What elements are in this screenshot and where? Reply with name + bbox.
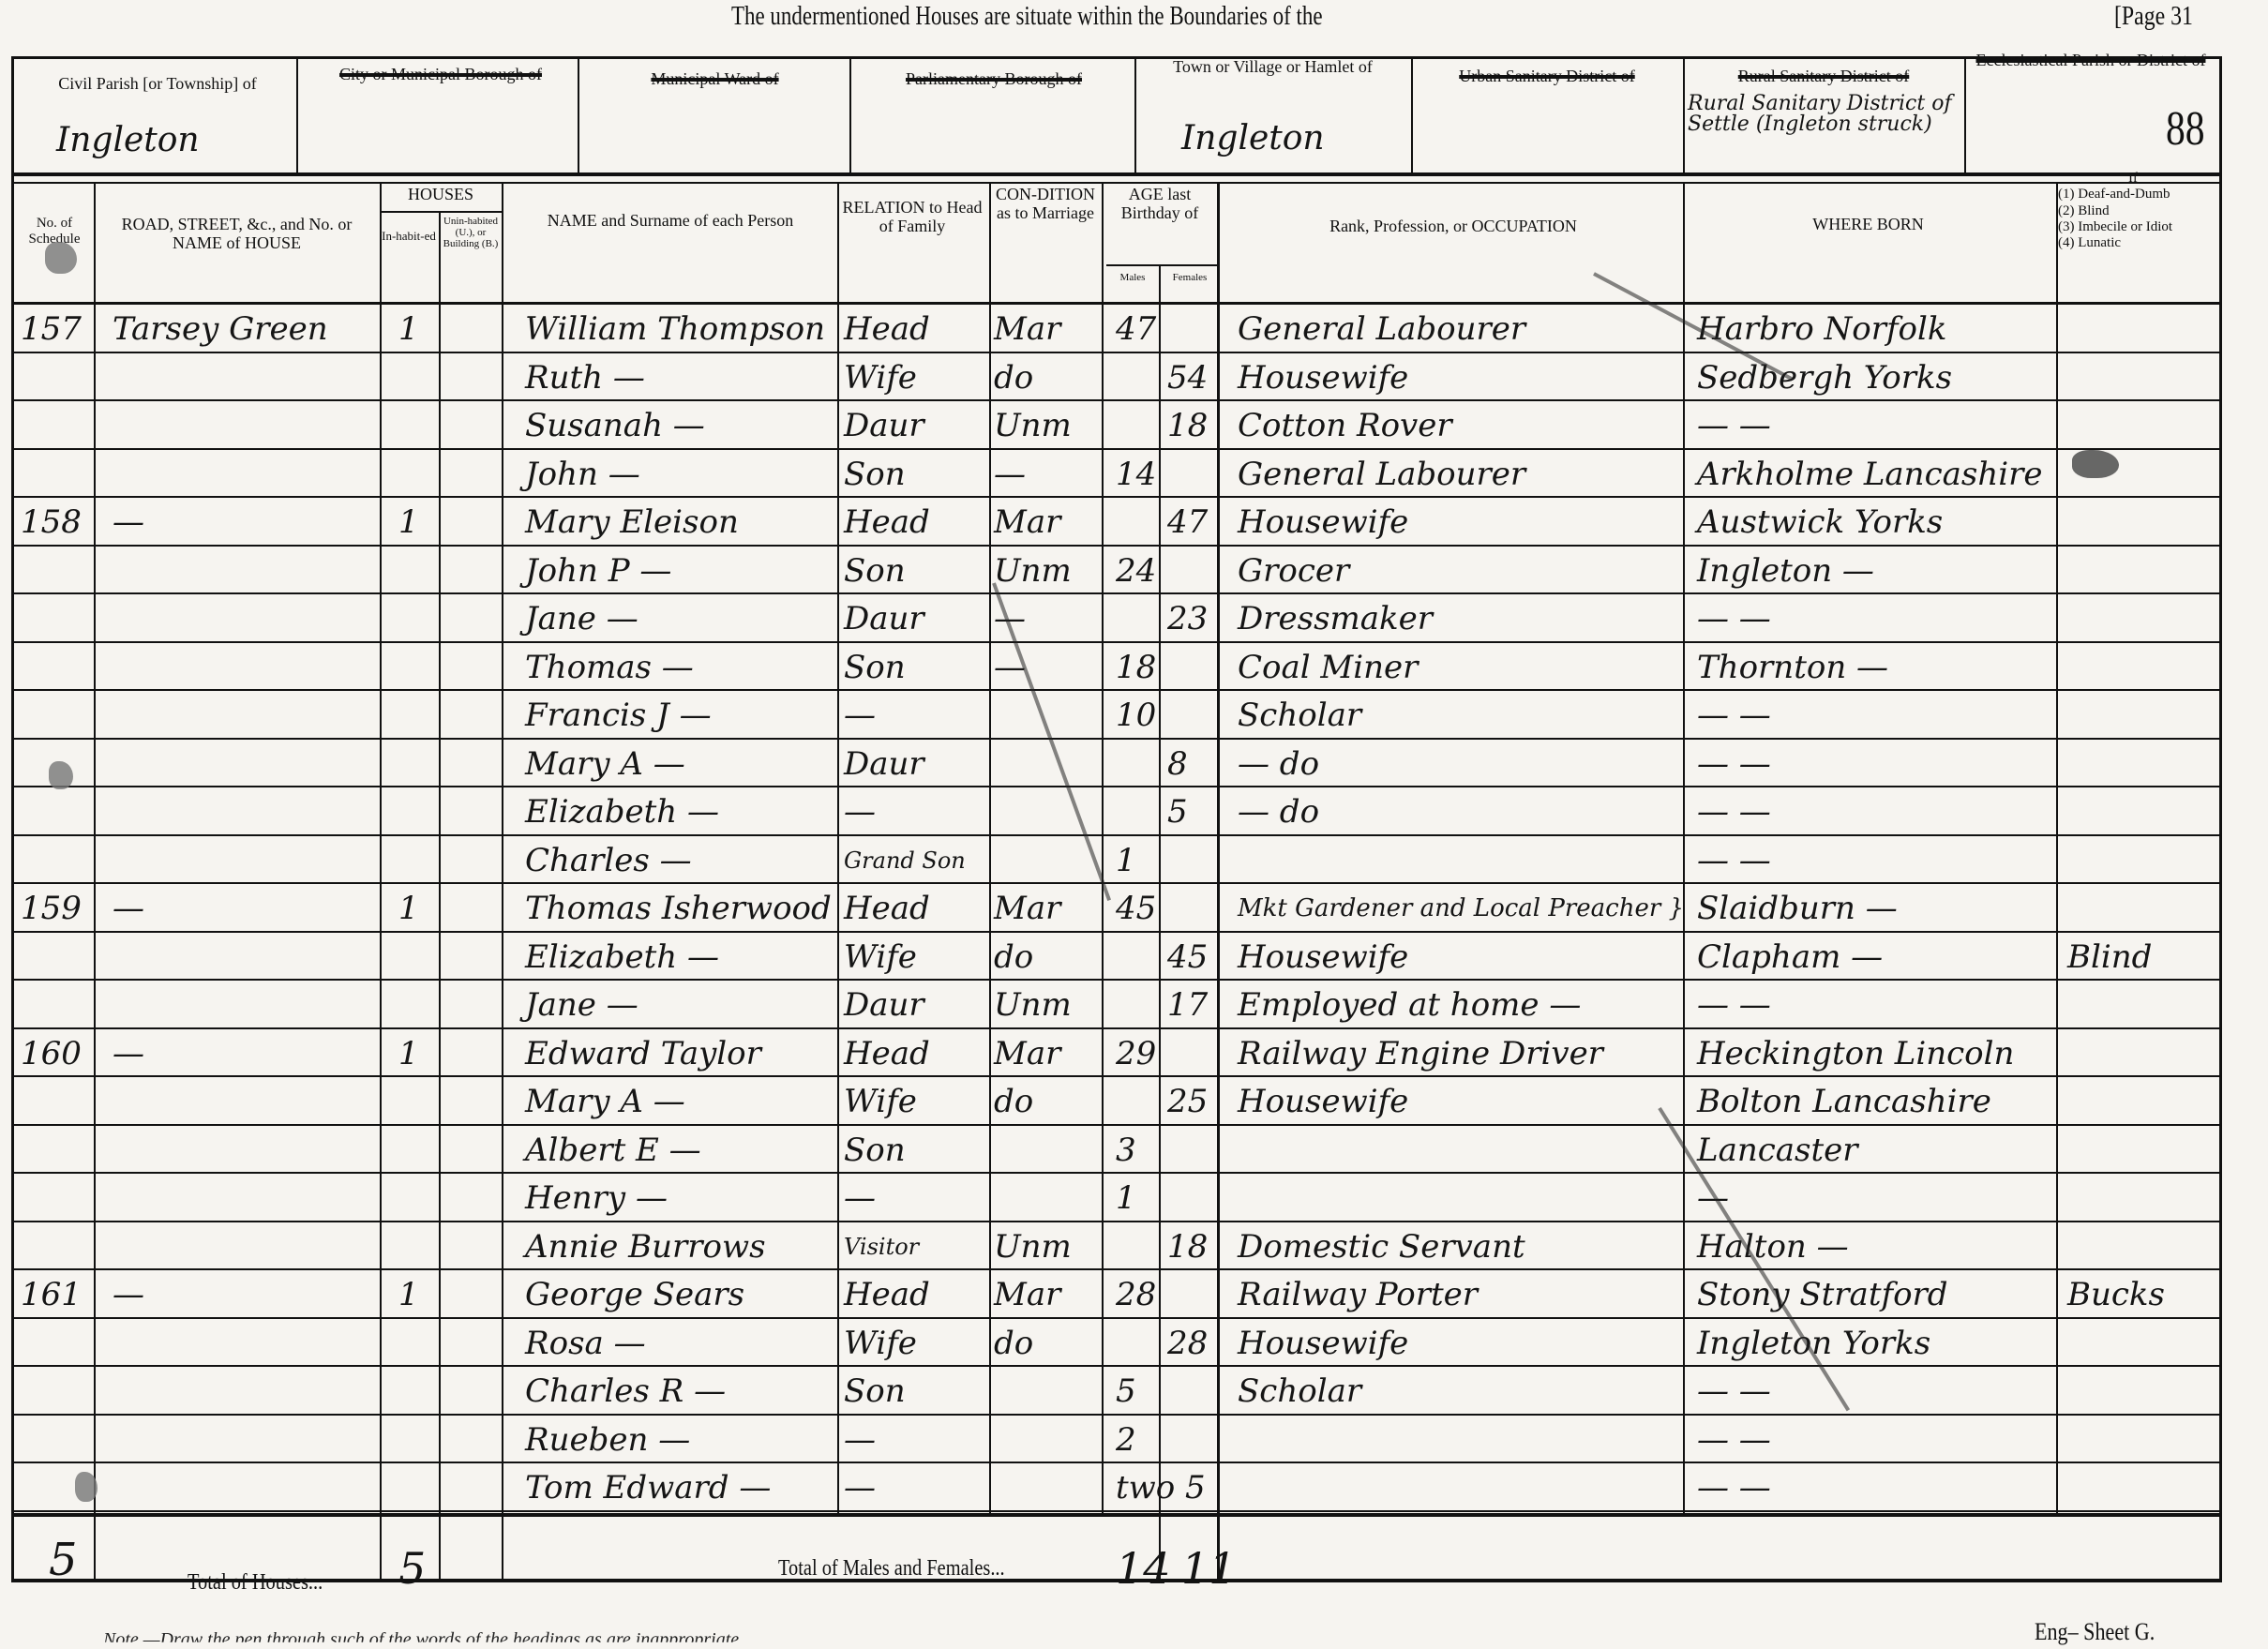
table-row: Elizabeth —Wifedo45HousewifeClapham —Bli… <box>11 933 2219 980</box>
occupation-cell: Scholar <box>1238 1371 1361 1412</box>
where-born-cell: — — <box>1697 1371 1771 1412</box>
schedule-number-cell: 159 <box>21 888 82 929</box>
municipal-ward-label: Municipal Ward of <box>581 70 849 89</box>
inhabited-count-cell: 1 <box>398 308 419 350</box>
table-row: Susanah —DaurUnm18Cotton Rover— — <box>11 401 2219 448</box>
col-males: Males <box>1106 272 1159 283</box>
relation-cell: Daur <box>844 743 924 785</box>
relation-cell: Head <box>844 502 930 543</box>
condition-cell: Unm <box>994 984 1072 1026</box>
condition-cell: — <box>994 454 1026 495</box>
ink-blot <box>2072 450 2119 478</box>
table-row: Henry ——1— <box>11 1174 2219 1221</box>
occupation-cell: Railway Engine Driver <box>1238 1033 1603 1074</box>
where-born-cell: Bolton Lancashire <box>1697 1081 1991 1122</box>
divider <box>11 1579 2219 1582</box>
occupation-cell: — do <box>1238 743 1319 785</box>
town-village-value: Ingleton <box>1181 122 1325 156</box>
person-name-cell: Henry — <box>525 1177 668 1219</box>
person-name-cell: Elizabeth — <box>525 791 719 832</box>
civil-parish-label: Civil Parish [or Township] of <box>19 75 296 94</box>
person-name-cell: Ruth — <box>525 357 645 398</box>
where-born-cell: Clapham — <box>1697 937 1883 978</box>
divider <box>11 1510 2219 1512</box>
road-name-cell: — <box>113 502 144 543</box>
relation-cell: Son <box>844 647 906 688</box>
divider <box>1683 56 1685 173</box>
schedule-number-cell: 161 <box>21 1274 82 1315</box>
person-name-cell: Rosa — <box>525 1323 646 1364</box>
condition-cell: Unm <box>994 1226 1072 1267</box>
infirmity-if-label: If <box>2058 171 2208 187</box>
table-row: Elizabeth ——5— do— — <box>11 787 2219 834</box>
municipal-borough-label: City or Municipal Borough of <box>309 66 572 84</box>
ecclesiastical-value: 88 <box>2166 101 2205 157</box>
person-name-cell: Rueben — <box>525 1419 690 1461</box>
condition-cell: Mar <box>994 1274 1060 1315</box>
person-name-cell: Albert E — <box>525 1130 701 1171</box>
female-age-cell: 45 <box>1167 937 1208 978</box>
male-age-cell: 28 <box>1116 1274 1156 1315</box>
col-relation: RELATION to Head of Family <box>837 199 987 236</box>
person-name-cell: Charles — <box>525 840 692 881</box>
male-age-cell: 3 <box>1116 1130 1136 1171</box>
relation-cell: — <box>844 1177 876 1219</box>
male-age-cell: 45 <box>1116 888 1156 929</box>
table-row: Annie BurrowsVisitorUnm18Domestic Servan… <box>11 1222 2219 1269</box>
col-houses: HOUSES <box>380 186 502 204</box>
inhabited-count-cell: 1 <box>398 888 419 929</box>
infirmity-blind-label: (2) Blind <box>2058 203 2208 219</box>
table-row: Charles R —Son5Scholar— — <box>11 1367 2219 1414</box>
divider <box>1964 56 1966 173</box>
census-page: The undermentioned Houses are situate wi… <box>0 0 2268 1649</box>
table-row: Albert E —Son3Lancaster <box>11 1126 2219 1173</box>
male-age-cell: 2 <box>1116 1419 1136 1461</box>
male-age-cell: 47 <box>1116 308 1156 350</box>
divider <box>1106 264 1217 266</box>
occupation-cell: Mkt Gardener and Local Preacher } <box>1238 888 1684 929</box>
person-name-cell: Tom Edward — <box>525 1467 771 1508</box>
table-row: Mary A —Wifedo25HousewifeBolton Lancashi… <box>11 1077 2219 1124</box>
condition-cell: Mar <box>994 1033 1060 1074</box>
rural-sanitary-value: Rural Sanitary District of Settle (Ingle… <box>1688 94 1960 135</box>
relation-cell: Son <box>844 1371 906 1412</box>
occupation-cell: Housewife <box>1238 937 1408 978</box>
where-born-cell: — — <box>1697 791 1771 832</box>
relation-cell: Daur <box>844 405 924 446</box>
person-name-cell: William Thompson <box>525 308 825 350</box>
inhabited-count-cell: 1 <box>398 1033 419 1074</box>
occupation-cell: Grocer <box>1238 550 1349 592</box>
persons-total-label: Total of Males and Females... <box>778 1556 1005 1582</box>
table-row: Francis J ——10Scholar— — <box>11 691 2219 738</box>
table-row: 157Tarsey Green1William ThompsonHeadMar4… <box>11 305 2219 352</box>
person-name-cell: Thomas — <box>525 647 694 688</box>
divider <box>849 56 851 173</box>
civil-parish-value: Ingleton <box>56 124 200 157</box>
relation-cell: Daur <box>844 598 924 639</box>
town-village-label: Town or Village or Hamlet of <box>1139 58 1406 77</box>
table-row: John —Son—14General LabourerArkholme Lan… <box>11 450 2219 497</box>
relation-cell: Son <box>844 1130 906 1171</box>
road-name-cell: — <box>113 1033 144 1074</box>
occupation-cell: — do <box>1238 791 1319 832</box>
table-row: 160—1Edward TaylorHeadMar29Railway Engin… <box>11 1029 2219 1076</box>
col-females: Females <box>1163 272 1217 283</box>
occupation-cell: Coal Miner <box>1238 647 1418 688</box>
person-name-cell: John P — <box>525 550 671 592</box>
table-row: Charles —Grand Son1— — <box>11 836 2219 883</box>
male-age-cell: 10 <box>1116 695 1156 736</box>
table-row: Rosa —Wifedo28HousewifeIngleton Yorks <box>11 1319 2219 1366</box>
female-age-cell: 8 <box>1167 743 1188 785</box>
col-age: AGE last Birthday of <box>1104 186 1215 223</box>
occupation-cell: Dressmaker <box>1238 598 1433 639</box>
divider <box>380 211 502 213</box>
relation-cell: Grand Son <box>844 840 966 881</box>
infirmity-lunatic-label: (4) Lunatic <box>2058 235 2208 251</box>
occupation-cell: Housewife <box>1238 1323 1408 1364</box>
inhabited-count-cell: 1 <box>398 1274 419 1315</box>
person-name-cell: Mary Eleison <box>525 502 739 543</box>
table-row: Ruth —Wifedo54HousewifeSedbergh Yorks <box>11 353 2219 400</box>
condition-cell: do <box>994 1081 1033 1122</box>
female-age-cell: 5 <box>1167 791 1188 832</box>
where-born-cell: Arkholme Lancashire <box>1697 454 2042 495</box>
infirmity-cell: Blind <box>2067 937 2152 978</box>
road-name-cell: Tarsey Green <box>113 308 328 350</box>
females-total-value: 11 <box>1181 1547 1237 1590</box>
road-name-cell: — <box>113 1274 144 1315</box>
occupation-cell: Domestic Servant <box>1238 1226 1525 1267</box>
relation-cell: Visitor <box>844 1226 919 1267</box>
male-age-cell: 5 <box>1116 1371 1136 1412</box>
relation-cell: Wife <box>844 1081 917 1122</box>
divider <box>11 1513 2219 1517</box>
divider <box>11 172 2219 176</box>
condition-cell: do <box>994 1323 1033 1364</box>
infirmity-imbecile-label: (3) Imbecile or Idiot <box>2058 219 2208 235</box>
footnote: Note.—Draw the pen through such of the w… <box>103 1629 743 1649</box>
where-born-cell: — — <box>1697 743 1771 785</box>
col-where-born: WHERE BORN <box>1683 216 2053 234</box>
where-born-cell: Ingleton — <box>1697 550 1874 592</box>
table-row: Rueben ——2— — <box>11 1416 2219 1462</box>
occupation-cell: Cotton Rover <box>1238 405 1452 446</box>
person-name-cell: Annie Burrows <box>525 1226 766 1267</box>
occupation-cell: Scholar <box>1238 695 1361 736</box>
table-row: Jane —DaurUnm17Employed at home —— — <box>11 981 2219 1027</box>
ink-blot <box>49 761 73 789</box>
where-born-cell: — — <box>1697 405 1771 446</box>
houses-total-label: Total of Houses... <box>188 1570 323 1596</box>
occupation-cell: General Labourer <box>1238 454 1525 495</box>
occupation-cell: Employed at home — <box>1238 984 1581 1026</box>
condition-cell: do <box>994 937 1033 978</box>
male-age-cell: two 5 <box>1116 1467 1206 1508</box>
occupation-cell: Housewife <box>1238 357 1408 398</box>
where-born-cell: — — <box>1697 840 1771 881</box>
col-occupation: Rank, Profession, or OCCUPATION <box>1224 217 1683 236</box>
condition-cell: Mar <box>994 308 1060 350</box>
urban-sanitary-label: Urban Sanitary District of <box>1416 67 1678 86</box>
divider <box>11 182 2219 184</box>
person-name-cell: Francis J — <box>525 695 712 736</box>
where-born-cell: — — <box>1697 695 1771 736</box>
female-age-cell: 25 <box>1167 1081 1208 1122</box>
parliamentary-borough-label: Parliamentary Borough of <box>858 70 1130 89</box>
where-born-cell: — — <box>1697 598 1771 639</box>
where-born-cell: Stony Stratford <box>1697 1274 1948 1315</box>
male-age-cell: 14 <box>1116 454 1156 495</box>
relation-cell: Head <box>844 888 930 929</box>
female-age-cell: 47 <box>1167 502 1208 543</box>
person-name-cell: Elizabeth — <box>525 937 719 978</box>
relation-cell: Son <box>844 550 906 592</box>
ink-blot <box>45 242 77 274</box>
person-name-cell: Mary A — <box>525 743 685 785</box>
female-age-cell: 28 <box>1167 1323 1208 1364</box>
condition-cell: Mar <box>994 888 1060 929</box>
relation-cell: — <box>844 1419 876 1461</box>
person-name-cell: Thomas Isherwood <box>525 888 832 929</box>
col-inhabited: In-habit-ed <box>380 230 438 243</box>
divider <box>578 56 579 173</box>
table-row: John P —SonUnm24GrocerIngleton — <box>11 547 2219 593</box>
where-born-cell: Austwick Yorks <box>1697 502 1943 543</box>
relation-cell: Wife <box>844 937 917 978</box>
rural-sanitary-label: Rural Sanitary District of <box>1688 67 1960 86</box>
where-born-cell: Lancaster <box>1697 1130 1858 1171</box>
col-condition: CON-DITION as to Marriage <box>990 186 1101 223</box>
col-name: NAME and Surname of each Person <box>506 212 834 231</box>
divider <box>1134 56 1136 173</box>
female-age-cell: 18 <box>1167 1226 1208 1267</box>
condition-cell: Unm <box>994 405 1072 446</box>
male-age-cell: 24 <box>1116 550 1156 592</box>
males-total-value: 14 <box>1116 1547 1171 1590</box>
col-uninhabited: Unin-habited (U.), or Building (B.) <box>441 216 501 249</box>
condition-cell: do <box>994 357 1033 398</box>
relation-cell: Wife <box>844 1323 917 1364</box>
person-name-cell: Charles R — <box>525 1371 726 1412</box>
female-age-cell: 18 <box>1167 405 1208 446</box>
table-row: Jane —Daur—23Dressmaker— — <box>11 594 2219 641</box>
relation-cell: — <box>844 791 876 832</box>
occupation-cell: Housewife <box>1238 502 1408 543</box>
relation-cell: Head <box>844 1274 930 1315</box>
occupation-cell: General Labourer <box>1238 308 1525 350</box>
where-born-cell: Sedbergh Yorks <box>1697 357 1952 398</box>
table-row: Mary A —Daur8— do— — <box>11 740 2219 787</box>
road-name-cell: — <box>113 888 144 929</box>
where-born-cell: — — <box>1697 984 1771 1026</box>
where-born-cell: — — <box>1697 1467 1771 1508</box>
col-road: ROAD, STREET, &c., and No. or NAME of HO… <box>98 216 375 253</box>
where-born-cell: Halton — <box>1697 1226 1849 1267</box>
person-name-cell: Edward Taylor <box>525 1033 761 1074</box>
where-born-cell: — — <box>1697 1419 1771 1461</box>
divider <box>11 56 2219 59</box>
divider <box>296 56 298 173</box>
male-age-cell: 18 <box>1116 647 1156 688</box>
page-heading: The undermentioned Houses are situate wi… <box>731 2 1323 32</box>
person-name-cell: Jane — <box>525 984 638 1026</box>
occupation-cell: Housewife <box>1238 1081 1408 1122</box>
schedules-total: 5 <box>49 1537 78 1582</box>
male-age-cell: 1 <box>1116 840 1136 881</box>
table-row: Thomas —Son—18Coal MinerThornton — <box>11 643 2219 690</box>
person-name-cell: Susanah — <box>525 405 705 446</box>
relation-cell: Head <box>844 308 930 350</box>
relation-cell: — <box>844 695 876 736</box>
table-row: 159—1Thomas IsherwoodHeadMar45Mkt Garden… <box>11 884 2219 931</box>
schedule-number-cell: 160 <box>21 1033 82 1074</box>
houses-total-value: 5 <box>398 1547 426 1590</box>
person-name-cell: John — <box>525 454 640 495</box>
male-age-cell: 1 <box>1116 1177 1136 1219</box>
infirmity-cell: Bucks <box>2067 1274 2165 1315</box>
relation-cell: Son <box>844 454 906 495</box>
page-number: [Page 31 <box>2114 2 2193 32</box>
where-born-cell: Slaidburn — <box>1697 888 1898 929</box>
sheet-label: Eng– Sheet G. <box>2035 1618 2155 1646</box>
condition-cell: Unm <box>994 550 1072 592</box>
inhabited-count-cell: 1 <box>398 502 419 543</box>
col-infirmity: If (1) Deaf-and-Dumb (2) Blind (3) Imbec… <box>2058 171 2208 251</box>
infirmity-deaf-label: (1) Deaf-and-Dumb <box>2058 187 2208 202</box>
condition-cell: Mar <box>994 502 1060 543</box>
relation-cell: Wife <box>844 357 917 398</box>
where-born-cell: Thornton — <box>1697 647 1888 688</box>
schedule-number-cell: 158 <box>21 502 82 543</box>
relation-cell: — <box>844 1467 876 1508</box>
person-name-cell: Mary A — <box>525 1081 685 1122</box>
relation-cell: Daur <box>844 984 924 1026</box>
female-age-cell: 54 <box>1167 357 1208 398</box>
person-name-cell: George Sears <box>525 1274 744 1315</box>
female-age-cell: 17 <box>1167 984 1208 1026</box>
where-born-cell: Harbro Norfolk <box>1697 308 1946 350</box>
person-name-cell: Jane — <box>525 598 638 639</box>
divider <box>1411 56 1413 173</box>
where-born-cell: Heckington Lincoln <box>1697 1033 2014 1074</box>
occupation-cell: Railway Porter <box>1238 1274 1478 1315</box>
schedule-number-cell: 157 <box>21 308 82 350</box>
ink-blot <box>75 1472 98 1502</box>
relation-cell: Head <box>844 1033 930 1074</box>
ecclesiastical-label: Ecclesiastical Parish or District of <box>1969 52 2213 70</box>
female-age-cell: 23 <box>1167 598 1208 639</box>
table-row: Tom Edward ——two 5— — <box>11 1463 2219 1510</box>
male-age-cell: 29 <box>1116 1033 1156 1074</box>
table-row: 161—1George SearsHeadMar28Railway Porter… <box>11 1270 2219 1317</box>
table-row: 158—1Mary EleisonHeadMar47HousewifeAustw… <box>11 498 2219 545</box>
